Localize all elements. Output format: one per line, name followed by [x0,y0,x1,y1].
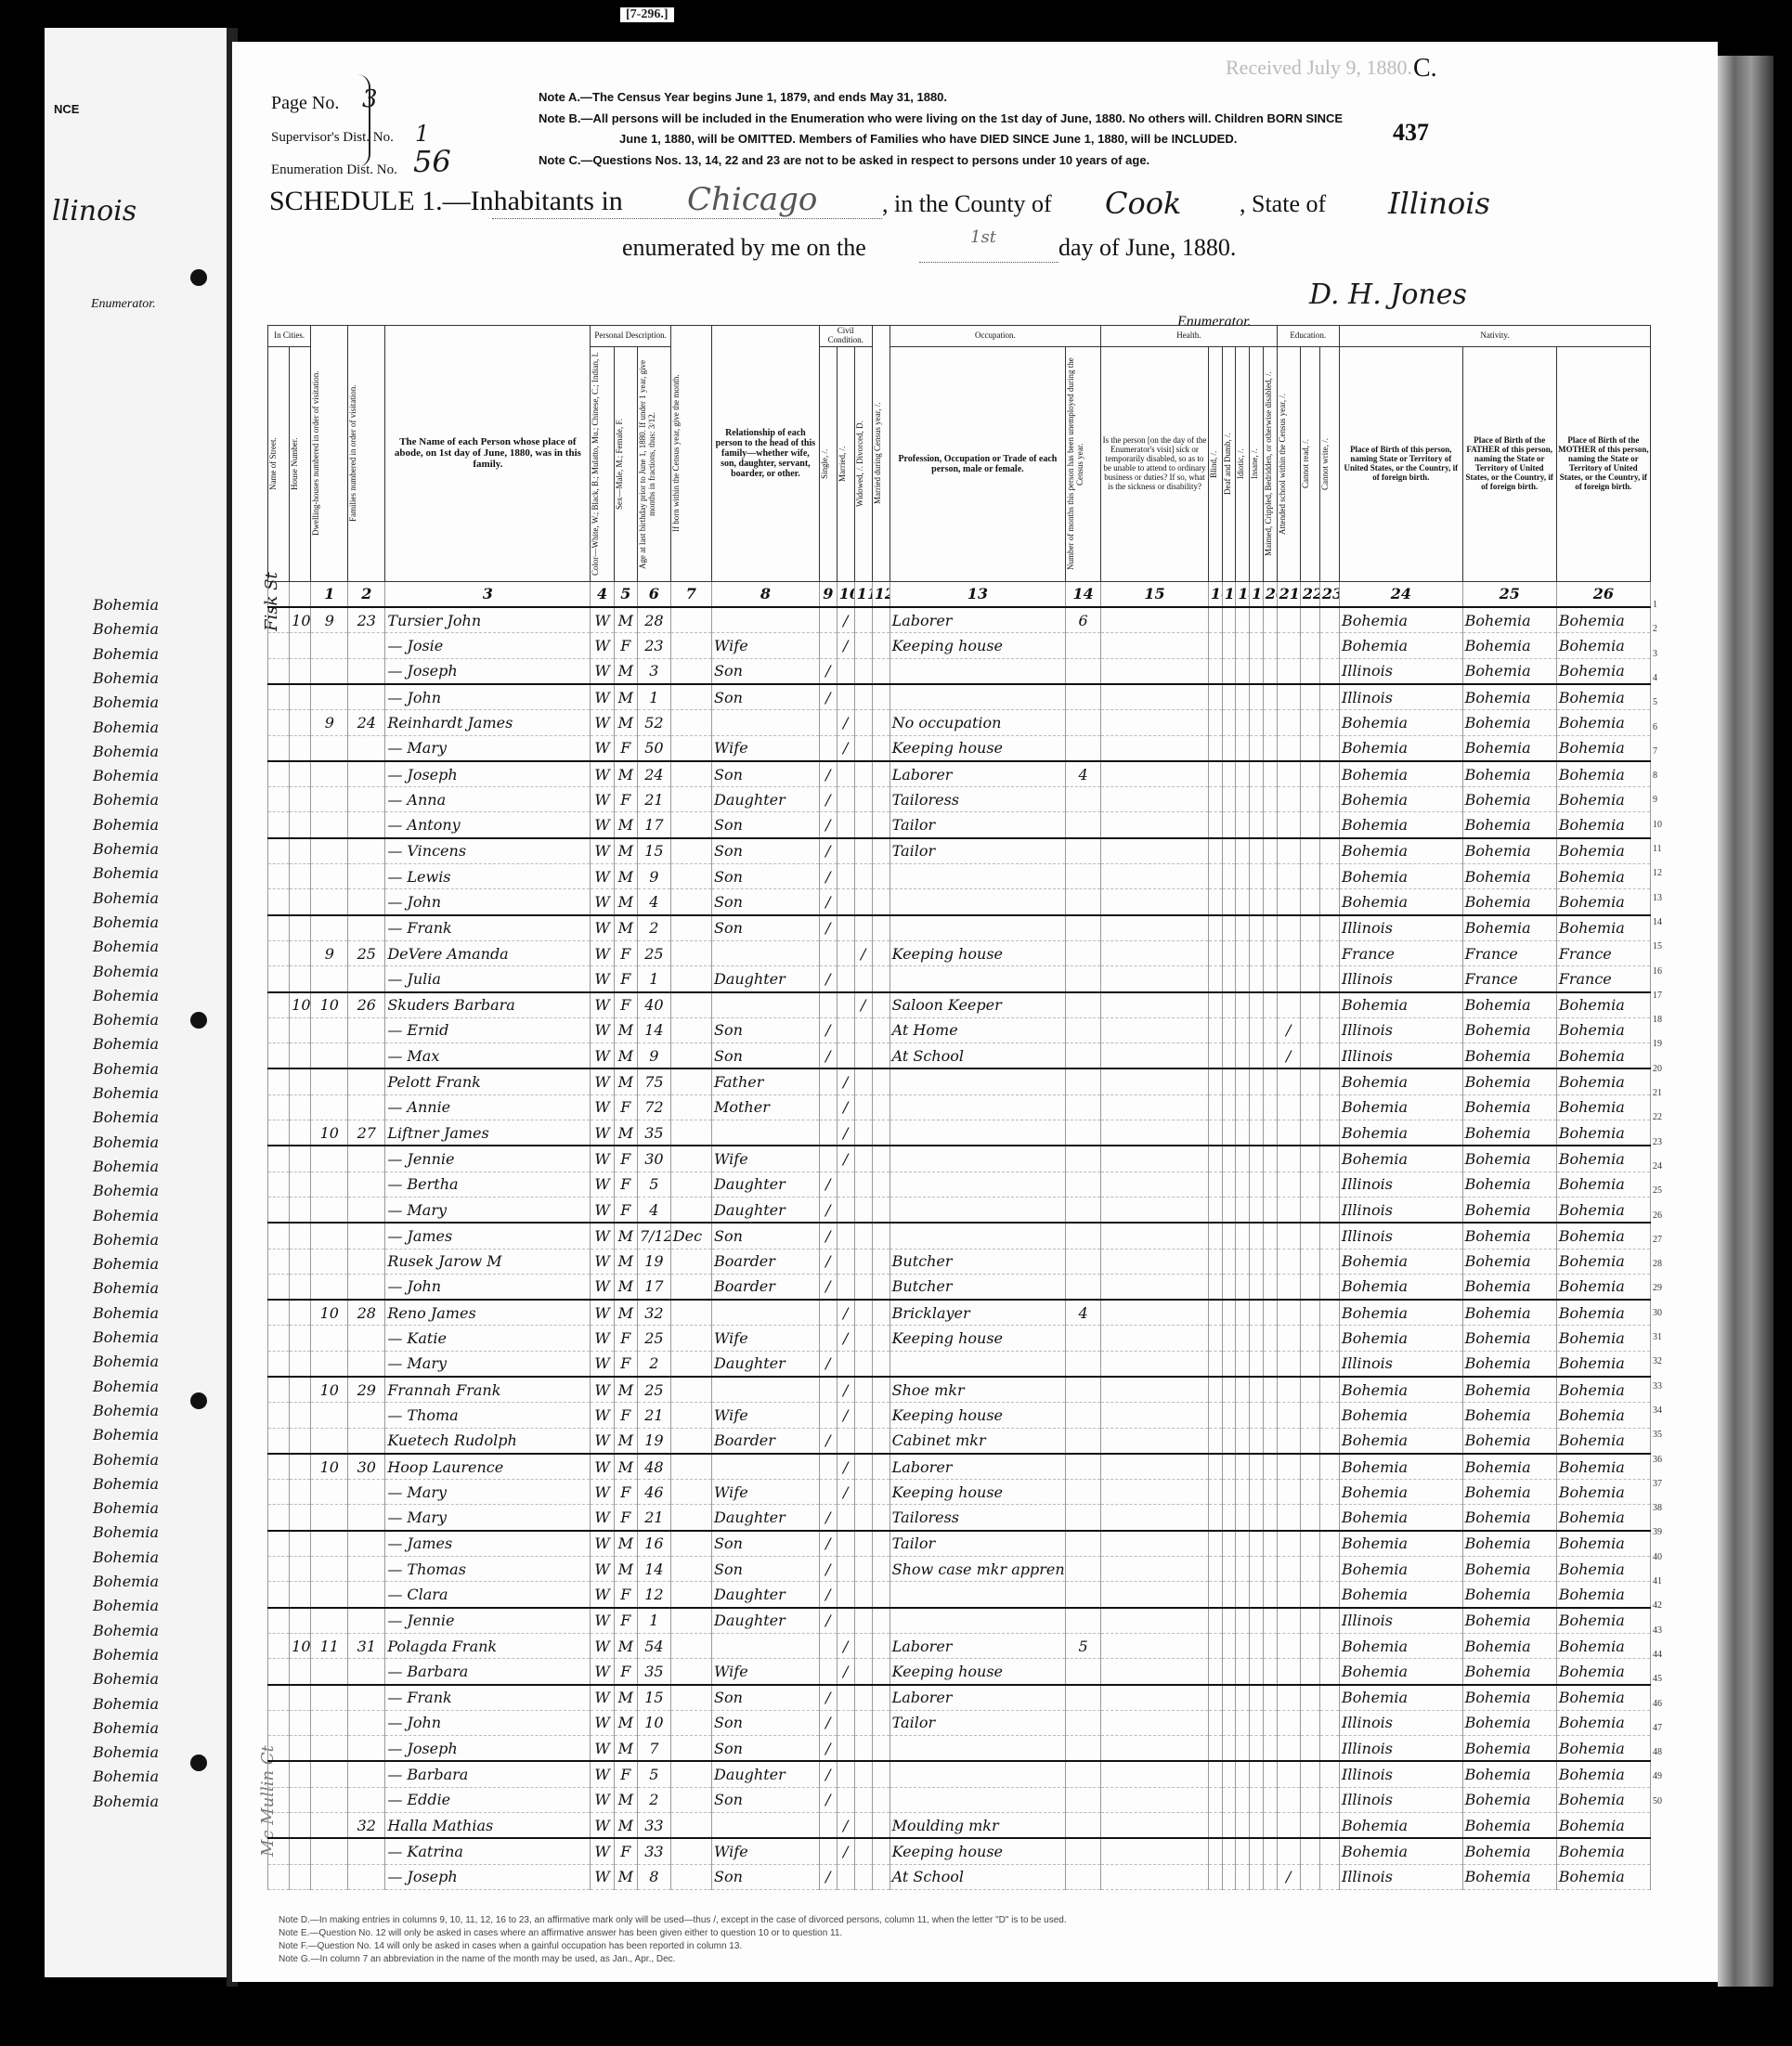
cell-house [290,710,311,735]
cell-occ: Bricklayer [890,1300,1066,1326]
cell-blind [1208,889,1222,915]
cell-rel: Son [711,812,819,838]
cell-mdcy [872,761,890,787]
cell-married [837,787,854,812]
cell-read [1300,1043,1319,1069]
cell-unemp [1066,1531,1101,1557]
col-17-header: Deaf and Dumb, /. [1224,348,1233,580]
cell-single: / [819,1557,837,1582]
cell-insane [1250,838,1264,864]
cell-street [268,1582,290,1608]
cell-house [290,1736,311,1762]
line-number: 31 [1653,1332,1662,1342]
cell-color: W [591,992,614,1018]
cell-mother: Bohemia [1556,1094,1650,1120]
cell-school [1277,1505,1300,1531]
cell-deaf [1222,1582,1236,1608]
cell-sick [1101,966,1209,992]
cell-insane [1250,1172,1264,1197]
cell-blind [1208,1249,1222,1274]
cell-unemp [1066,1761,1101,1787]
cell-sex: F [614,735,637,761]
cell-birth: France [1339,940,1462,965]
cell-birth: Bohemia [1339,1582,1462,1608]
cell-read [1300,1710,1319,1735]
cell-school [1277,1685,1300,1711]
left-page-birthplace: Bohemia [93,1378,159,1395]
cell-write [1319,1633,1339,1658]
cell-insane [1250,1710,1264,1735]
cell-maimed [1263,966,1277,992]
cell-married [837,1043,854,1069]
cell-occ [890,1761,1066,1787]
cell-maimed [1263,787,1277,812]
left-page-birthplace: Bohemia [93,743,159,760]
cell-married [837,1428,854,1454]
cell-house [290,1351,311,1377]
cell-maimed [1263,607,1277,633]
cell-sex: F [614,992,637,1018]
cell-street [268,1043,290,1069]
cell-write [1319,889,1339,915]
cell-widowed [854,1146,872,1172]
cell-family: 32 [348,1813,385,1839]
cell-mother: France [1556,966,1650,992]
cell-color: W [591,735,614,761]
column-number: 26 [1556,581,1650,607]
cell-birth: Bohemia [1339,1531,1462,1557]
cell-rel: Son [711,864,819,889]
cell-rel: Father [711,1068,819,1094]
cell-mother: Bohemia [1556,915,1650,941]
cell-family [348,1249,385,1274]
cell-read [1300,1068,1319,1094]
cell-read [1300,1557,1319,1582]
day-suffix: day of June, 1880. [1058,234,1236,262]
cell-write [1319,1813,1339,1839]
cell-dwelling: 10 [311,1120,348,1146]
cell-sick [1101,735,1209,761]
cell-deaf [1222,1557,1236,1582]
cell-maimed [1263,992,1277,1018]
cell-read [1300,1505,1319,1531]
cell-color: W [591,1377,614,1403]
cell-idiotic [1236,1710,1250,1735]
cell-unemp [1066,992,1101,1018]
cell-read [1300,1480,1319,1505]
cell-father: Bohemia [1462,1146,1556,1172]
column-number: 23 [1319,581,1339,607]
cell-mdcy [872,1326,890,1351]
cell-father: Bohemia [1462,1454,1556,1480]
cell-age: 7/12 [637,1223,670,1249]
left-page-birthplace: Bohemia [93,1523,159,1541]
cell-color: W [591,812,614,838]
cell-name: — Barbara [385,1761,591,1787]
line-number: 27 [1653,1235,1662,1245]
cell-house [290,1761,311,1787]
cell-widowed [854,1017,872,1042]
cell-single: / [819,812,837,838]
cell-occ [890,1787,1066,1812]
cell-maimed [1263,1249,1277,1274]
census-row: 924Reinhardt JamesWM52/No occupationBohe… [268,710,1651,735]
cell-father: Bohemia [1462,1249,1556,1274]
city-line [492,218,882,219]
cell-occ: Butcher [890,1249,1066,1274]
cell-age: 17 [637,812,670,838]
cell-name: — Joseph [385,761,591,787]
cell-single: / [819,1864,837,1889]
cell-father: Bohemia [1462,1197,1556,1223]
cell-house [290,761,311,787]
cell-mdcy [872,1403,890,1428]
cell-name: Tursier John [385,607,591,633]
cell-unemp [1066,1557,1101,1582]
cell-birth: Illinois [1339,1787,1462,1812]
cell-deaf [1222,966,1236,992]
cell-unemp [1066,1274,1101,1300]
cell-rel: Daughter [711,1582,819,1608]
cell-color: W [591,1146,614,1172]
cell-father: Bohemia [1462,1017,1556,1042]
cell-color: W [591,787,614,812]
cell-name: Kuetech Rudolph [385,1428,591,1454]
cell-age: 7 [637,1736,670,1762]
cell-maimed [1263,838,1277,864]
cell-color: W [591,1633,614,1658]
cell-dwelling [311,1043,348,1069]
cell-age: 25 [637,1326,670,1351]
cell-age: 4 [637,1197,670,1223]
cell-name: — Mary [385,1480,591,1505]
column-number: 20 [1263,581,1277,607]
cell-deaf [1222,812,1236,838]
cell-single: / [819,1197,837,1223]
cell-sick [1101,1223,1209,1249]
cell-married [837,1017,854,1042]
cell-father: Bohemia [1462,787,1556,812]
cell-house [290,1146,311,1172]
cell-maimed [1263,735,1277,761]
cell-mdcy [872,889,890,915]
cell-blind [1208,992,1222,1018]
cell-unemp [1066,864,1101,889]
cell-read [1300,1120,1319,1146]
cell-blind [1208,1403,1222,1428]
cell-mother: Bohemia [1556,1274,1650,1300]
cell-father: Bohemia [1462,1505,1556,1531]
cell-mother: Bohemia [1556,1403,1650,1428]
column-number: 9 [819,581,837,607]
cell-name: — John [385,889,591,915]
cell-rel: Daughter [711,1761,819,1787]
cell-mother: Bohemia [1556,1017,1650,1042]
cell-sick [1101,761,1209,787]
cell-family [348,761,385,787]
cell-maimed [1263,1326,1277,1351]
line-number: 9 [1653,795,1657,805]
cell-widowed [854,787,872,812]
cell-blind [1208,1120,1222,1146]
cell-month [670,992,711,1018]
cell-insane [1250,992,1264,1018]
census-row: — JohnWM17Boarder/ButcherBohemiaBohemiaB… [268,1274,1651,1300]
cell-insane [1250,889,1264,915]
column-number: 25 [1462,581,1556,607]
state-value: Illinois [1388,186,1490,221]
column-number: 24 [1339,581,1462,607]
cell-widowed [854,735,872,761]
cell-occ: Laborer [890,1454,1066,1480]
cell-write [1319,658,1339,684]
cell-read [1300,710,1319,735]
cell-married [837,658,854,684]
cell-mdcy [872,1710,890,1735]
line-number: 16 [1653,966,1662,977]
census-row: — JosephWM7Son/IllinoisBohemiaBohemia [268,1736,1651,1762]
cell-insane [1250,658,1264,684]
cell-maimed [1263,1582,1277,1608]
cell-family [348,1172,385,1197]
state-label: , State of [1240,190,1326,218]
cell-family [348,1557,385,1582]
cell-deaf [1222,1300,1236,1326]
cell-dwelling [311,1197,348,1223]
cell-age: 17 [637,1274,670,1300]
cell-mdcy [872,1838,890,1864]
cell-mdcy [872,992,890,1018]
cell-rel [711,1454,819,1480]
cell-widowed [854,838,872,864]
cell-unemp [1066,1505,1101,1531]
cell-color: W [591,1838,614,1864]
cell-occ: Keeping house [890,940,1066,965]
cell-unemp [1066,735,1101,761]
col-15-header: Is the person [on the day of the Enumera… [1101,346,1209,581]
census-row: — ThomaWF21Wife/Keeping houseBohemiaBohe… [268,1403,1651,1428]
cell-write [1319,1531,1339,1557]
cell-color: W [591,658,614,684]
cell-dwelling [311,1068,348,1094]
cell-widowed [854,966,872,992]
left-page-birthplace: Bohemia [93,1060,159,1078]
census-row: — BarbaraWF5Daughter/IllinoisBohemiaBohe… [268,1761,1651,1787]
cell-name: — Joseph [385,1736,591,1762]
cell-deaf [1222,607,1236,633]
cell-mother: Bohemia [1556,992,1650,1018]
cell-father: Bohemia [1462,812,1556,838]
cell-write [1319,1274,1339,1300]
cell-mother: Bohemia [1556,1223,1650,1249]
cell-occ: Laborer [890,761,1066,787]
cell-school [1277,1659,1300,1685]
cell-name: — Ernid [385,1017,591,1042]
cell-mother: Bohemia [1556,812,1650,838]
cell-occ: Keeping house [890,633,1066,658]
cell-birth: Bohemia [1339,864,1462,889]
cell-sick [1101,1557,1209,1582]
cell-mother: Bohemia [1556,1068,1650,1094]
col-12-header: Married during Census year, /. [874,337,883,569]
cell-married [837,1608,854,1634]
cell-house [290,1531,311,1557]
line-number: 11 [1653,844,1662,854]
line-number: 1 [1653,600,1657,610]
cell-mother: Bohemia [1556,1172,1650,1197]
cell-married: / [837,1146,854,1172]
cell-age: 50 [637,735,670,761]
census-row: 32Halla MathiasWM33/Moulding mkrBohemiaB… [268,1813,1651,1839]
cell-street [268,940,290,965]
cell-sex: M [614,1043,637,1069]
cell-insane [1250,1736,1264,1762]
cell-deaf [1222,684,1236,710]
cell-name: — Frank [385,1685,591,1711]
cell-idiotic [1236,1120,1250,1146]
cell-rel: Son [711,1864,819,1889]
cell-name: Hoop Laurence [385,1454,591,1480]
cell-color: W [591,1710,614,1735]
cell-age: 9 [637,1043,670,1069]
cell-school [1277,1326,1300,1351]
cell-single: / [819,1761,837,1787]
cell-sick [1101,1172,1209,1197]
cell-idiotic [1236,684,1250,710]
cell-sick [1101,1094,1209,1120]
cell-married [837,1787,854,1812]
left-page-state: llinois [52,195,136,227]
cell-street [268,992,290,1018]
cell-single: / [819,761,837,787]
census-row: — JosieWF23Wife/Keeping houseBohemiaBohe… [268,633,1651,658]
cell-school [1277,1223,1300,1249]
cell-family [348,1710,385,1735]
census-row: 1030Hoop LaurenceWM48/LaborerBohemiaBohe… [268,1454,1651,1480]
census-row: — MaryWF46Wife/Keeping houseBohemiaBohem… [268,1480,1651,1505]
cell-single: / [819,838,837,864]
cell-family [348,1864,385,1889]
cell-insane [1250,812,1264,838]
cell-blind [1208,1300,1222,1326]
cell-widowed [854,1120,872,1146]
cell-sex: M [614,812,637,838]
cell-month [670,1787,711,1812]
cell-unemp [1066,1043,1101,1069]
cell-idiotic [1236,1043,1250,1069]
cell-rel: Daughter [711,1197,819,1223]
cell-blind [1208,1864,1222,1889]
cell-write [1319,1557,1339,1582]
cell-school [1277,607,1300,633]
cell-name: — Mary [385,1351,591,1377]
cell-age: 23 [637,633,670,658]
cell-month [670,1505,711,1531]
cell-married [837,966,854,992]
cell-maimed [1263,1120,1277,1146]
cell-sex: M [614,1531,637,1557]
cell-widowed [854,633,872,658]
left-page-birthplace: Bohemia [93,1475,159,1493]
cell-insane [1250,1274,1264,1300]
cell-month [670,1172,711,1197]
cell-street [268,1094,290,1120]
census-row: 1028Reno JamesWM32/Bricklayer4BohemiaBoh… [268,1300,1651,1326]
cell-birth: Illinois [1339,658,1462,684]
census-row: 1027Liftner JamesWM35/BohemiaBohemiaBohe… [268,1120,1651,1146]
cell-color: W [591,1428,614,1454]
cell-school [1277,1710,1300,1735]
cell-unemp [1066,1068,1101,1094]
cell-blind [1208,1710,1222,1735]
cell-street [268,735,290,761]
col-21-header: Attended school within the Census year, … [1279,348,1288,580]
cell-widowed [854,1326,872,1351]
cell-family [348,889,385,915]
cell-mother: Bohemia [1556,1326,1650,1351]
cell-widowed [854,1223,872,1249]
cell-sex: M [614,684,637,710]
cell-deaf [1222,1787,1236,1812]
cell-insane [1250,1017,1264,1042]
cell-mother: Bohemia [1556,889,1650,915]
column-number [268,581,290,607]
cell-father: Bohemia [1462,1659,1556,1685]
cell-single: / [819,1608,837,1634]
cell-single [819,1813,837,1839]
cell-maimed [1263,1480,1277,1505]
left-page-birthplace: Bohemia [93,1231,159,1249]
line-number: 28 [1653,1259,1662,1269]
left-page-birthplace: Bohemia [93,1768,159,1785]
cell-maimed [1263,1787,1277,1812]
cell-house [290,633,311,658]
line-number: 17 [1653,991,1662,1001]
cell-street [268,889,290,915]
day-line [919,262,1058,263]
cell-sick [1101,1813,1209,1839]
cell-dwelling [311,1659,348,1685]
cell-mother: Bohemia [1556,710,1650,735]
line-number: 6 [1653,722,1657,732]
supervisor-dist-value: 1 [415,121,429,147]
cell-mdcy [872,1017,890,1042]
cell-color: W [591,1094,614,1120]
cell-dwelling: 10 [311,992,348,1018]
cell-rel [711,992,819,1018]
left-page-birthplace: Bohemia [93,767,159,784]
cell-unemp [1066,1813,1101,1839]
cell-single: / [819,658,837,684]
cell-dwelling: 9 [311,710,348,735]
cell-school [1277,1608,1300,1634]
cell-single: / [819,1351,837,1377]
cell-idiotic [1236,761,1250,787]
census-table: In Cities. Dwelling-houses numbered in o… [267,325,1651,1890]
cell-occ: Keeping house [890,1326,1066,1351]
line-number: 33 [1653,1381,1662,1392]
left-page-birthplace: Bohemia [93,1451,159,1469]
cell-street [268,1172,290,1197]
cell-married [837,864,854,889]
cell-sex: M [614,1685,637,1711]
cell-name: — Mary [385,1197,591,1223]
column-number: 2 [348,581,385,607]
cell-mdcy [872,1377,890,1403]
cell-rel: Son [711,761,819,787]
cell-sex: F [614,1326,637,1351]
binder-hole [190,1392,207,1409]
